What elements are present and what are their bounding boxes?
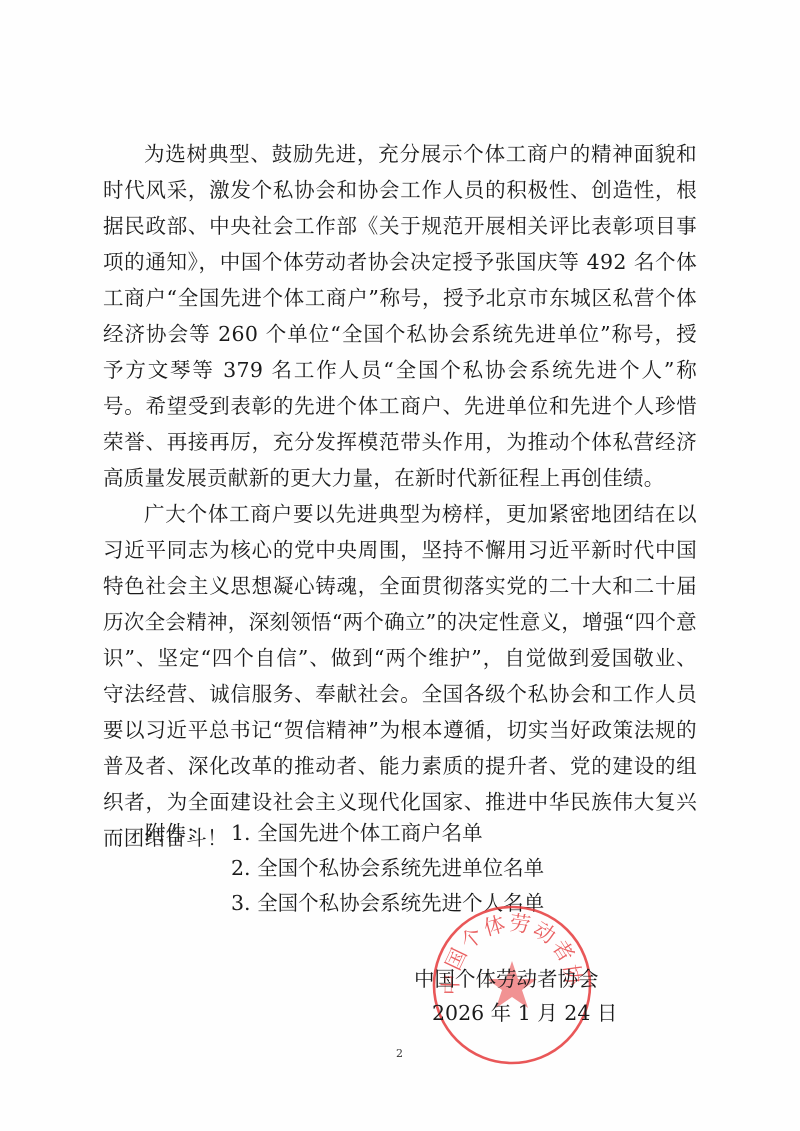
attachment-item: 1. 全国先进个体工商户名单 <box>231 816 483 851</box>
document-page: 为选树典型、鼓励先进，充分展示个体工商户的精神面貌和时代风采，激发个私协会和协会… <box>0 0 800 1131</box>
paragraph-commendation: 为选树典型、鼓励先进，充分展示个体工商户的精神面貌和时代风采，激发个私协会和协会… <box>103 136 697 496</box>
page-number: 2 <box>396 1047 403 1060</box>
signature-block: 中国个体劳动者协会 2026 年 1 月 24 日 <box>414 962 617 1030</box>
attachment-item: 2. 全国个私协会系统先进单位名单 <box>231 851 544 886</box>
paragraph-call-to-action: 广大个体工商户要以先进典型为榜样，更加紧密地团结在以习近平同志为核心的党中央周围… <box>103 496 697 856</box>
document-body: 为选树典型、鼓励先进，充分展示个体工商户的精神面貌和时代风采，激发个私协会和协会… <box>103 136 697 856</box>
issue-date: 2026 年 1 月 24 日 <box>414 996 617 1030</box>
attachment-row: 附件： 1. 全国先进个体工商户名单 <box>145 816 544 851</box>
attachment-row: 2. 全国个私协会系统先进单位名单 <box>145 851 544 886</box>
issuing-organization: 中国个体劳动者协会 <box>414 962 617 996</box>
attachments-label: 附件： <box>145 816 231 851</box>
